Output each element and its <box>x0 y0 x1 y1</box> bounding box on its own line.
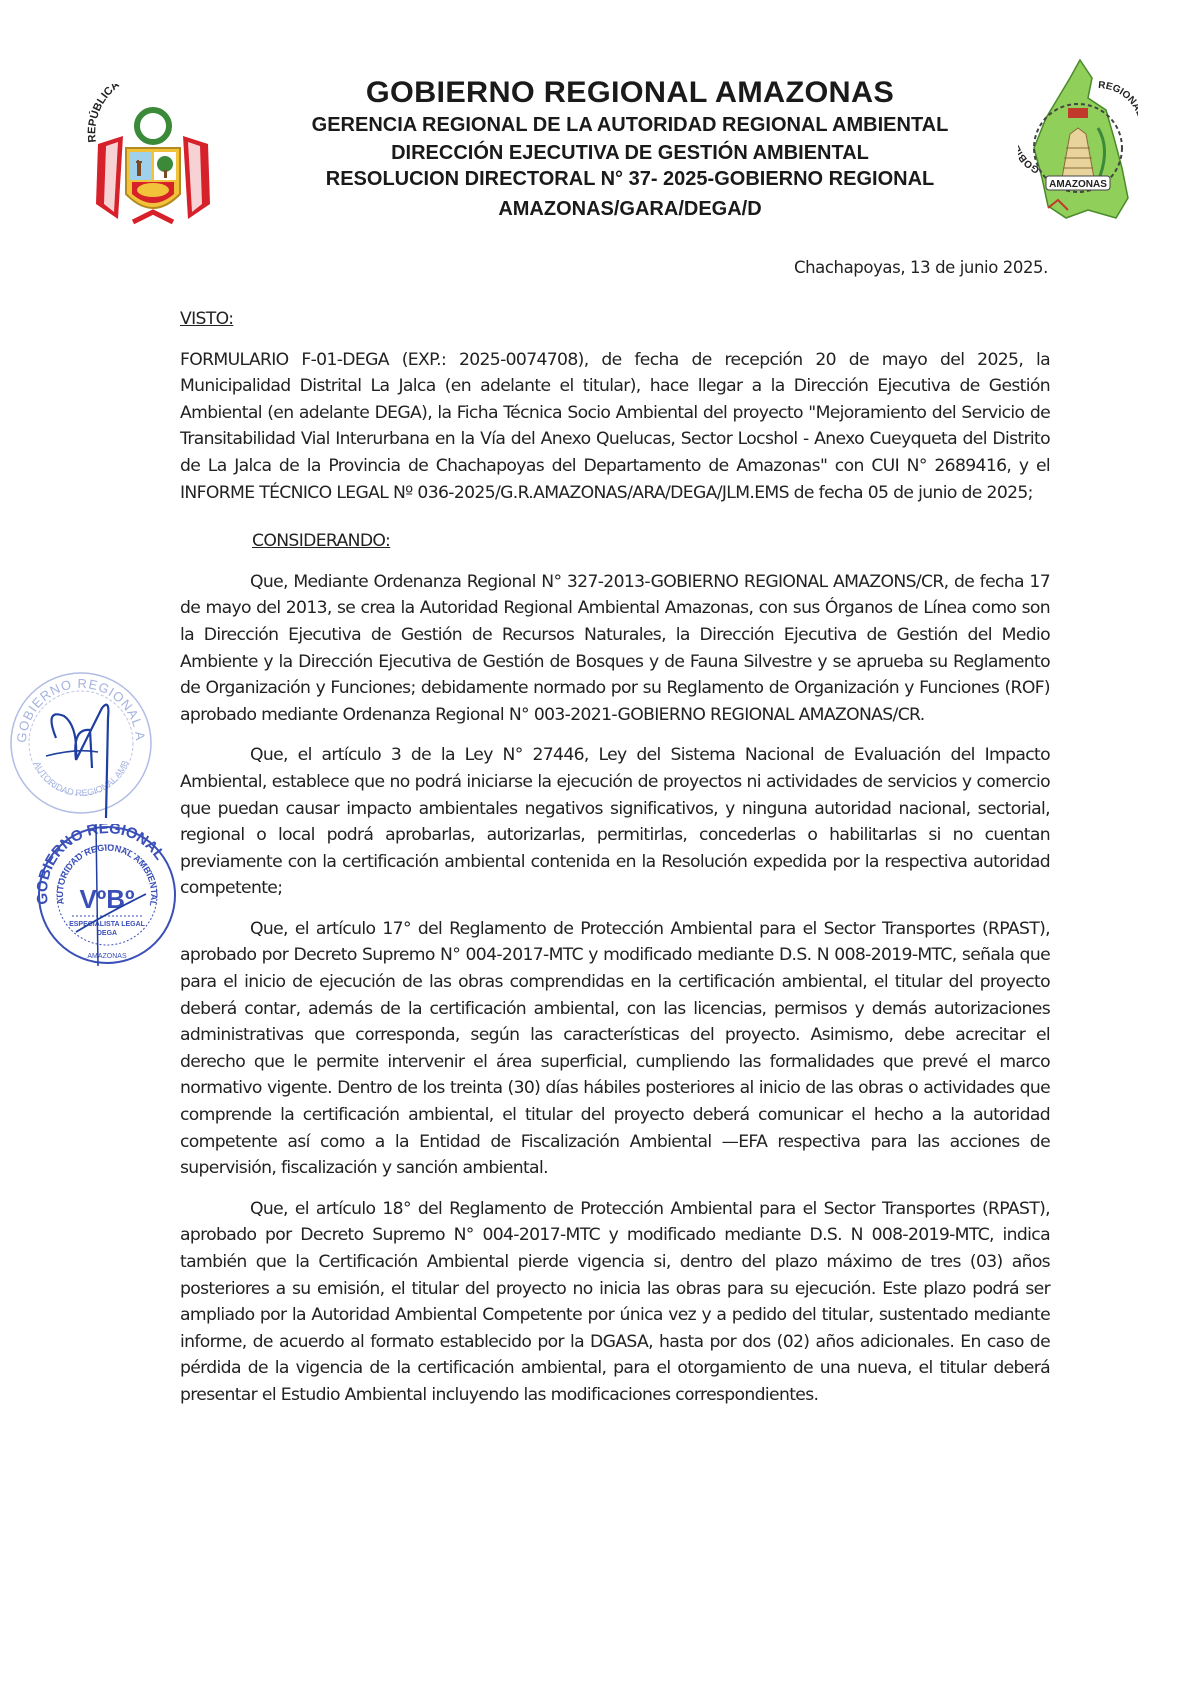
resolution-number: RESOLUCION DIRECTORAL N° 37- 2025-GOBIER… <box>255 166 1005 192</box>
svg-text:GOBIERNO REGIONAL AMAZONAS: GOBIERNO REGIONAL AMAZONAS <box>6 668 148 743</box>
considerando-paragraph-4: Que, el artículo 18° del Reglamento de P… <box>180 1196 1050 1409</box>
considerando-heading: CONSIDERANDO: <box>252 528 1050 555</box>
document-date: Chachapoyas, 13 de junio 2025. <box>794 258 1048 277</box>
organization-name: GOBIERNO REGIONAL AMAZONAS <box>248 76 1013 110</box>
document-body: VISTO: FORMULARIO F-01-DEGA (EXP.: 2025-… <box>180 300 1050 1409</box>
visto-heading: VISTO: <box>180 306 1050 333</box>
considerando-paragraph-1: Que, Mediante Ordenanza Regional N° 327-… <box>180 569 1050 729</box>
regional-authority-seal-icon: GOBIERNO REGIONAL AMAZONAS AUTORIDAD REG… <box>6 668 156 818</box>
svg-text:DEGA: DEGA <box>97 930 117 937</box>
svg-text:VºBº: VºBº <box>79 884 135 914</box>
visto-paragraph: FORMULARIO F-01-DEGA (EXP.: 2025-0074708… <box>180 347 1050 507</box>
document-header: GOBIERNO REGIONAL AMAZONAS GERENCIA REGI… <box>255 76 1005 224</box>
document-page: REPÚBLICA DEL PERÚ GOBIERNO REGIONAL AMA… <box>0 0 1190 1683</box>
svg-text:ESPECIALISTA LEGAL: ESPECIALISTA LEGAL <box>69 921 146 928</box>
vobo-legal-specialist-seal-icon: GOBIERNO REGIONAL AUTORIDAD REGIONAL AMB… <box>36 824 178 966</box>
department-name: GERENCIA REGIONAL DE LA AUTORIDAD REGION… <box>255 112 1005 138</box>
peru-coat-of-arms-icon: REPÚBLICA DEL PERÚ <box>78 84 228 234</box>
amazonas-regional-emblem-icon: GOBIERNO REGIONAL AMAZONAS <box>1018 58 1138 223</box>
resolution-number-suffix: AMAZONAS/GARA/DEGA/D <box>255 194 1005 224</box>
svg-text:AMAZONAS: AMAZONAS <box>1049 179 1107 190</box>
considerando-paragraph-3: Que, el artículo 17° del Reglamento de P… <box>180 916 1050 1182</box>
svg-text:AMAZONAS: AMAZONAS <box>87 953 127 960</box>
considerando-paragraph-2: Que, el artículo 3 de la Ley N° 27446, L… <box>180 742 1050 902</box>
directorate-name: DIRECCIÓN EJECUTIVA DE GESTIÓN AMBIENTAL <box>255 140 1005 166</box>
